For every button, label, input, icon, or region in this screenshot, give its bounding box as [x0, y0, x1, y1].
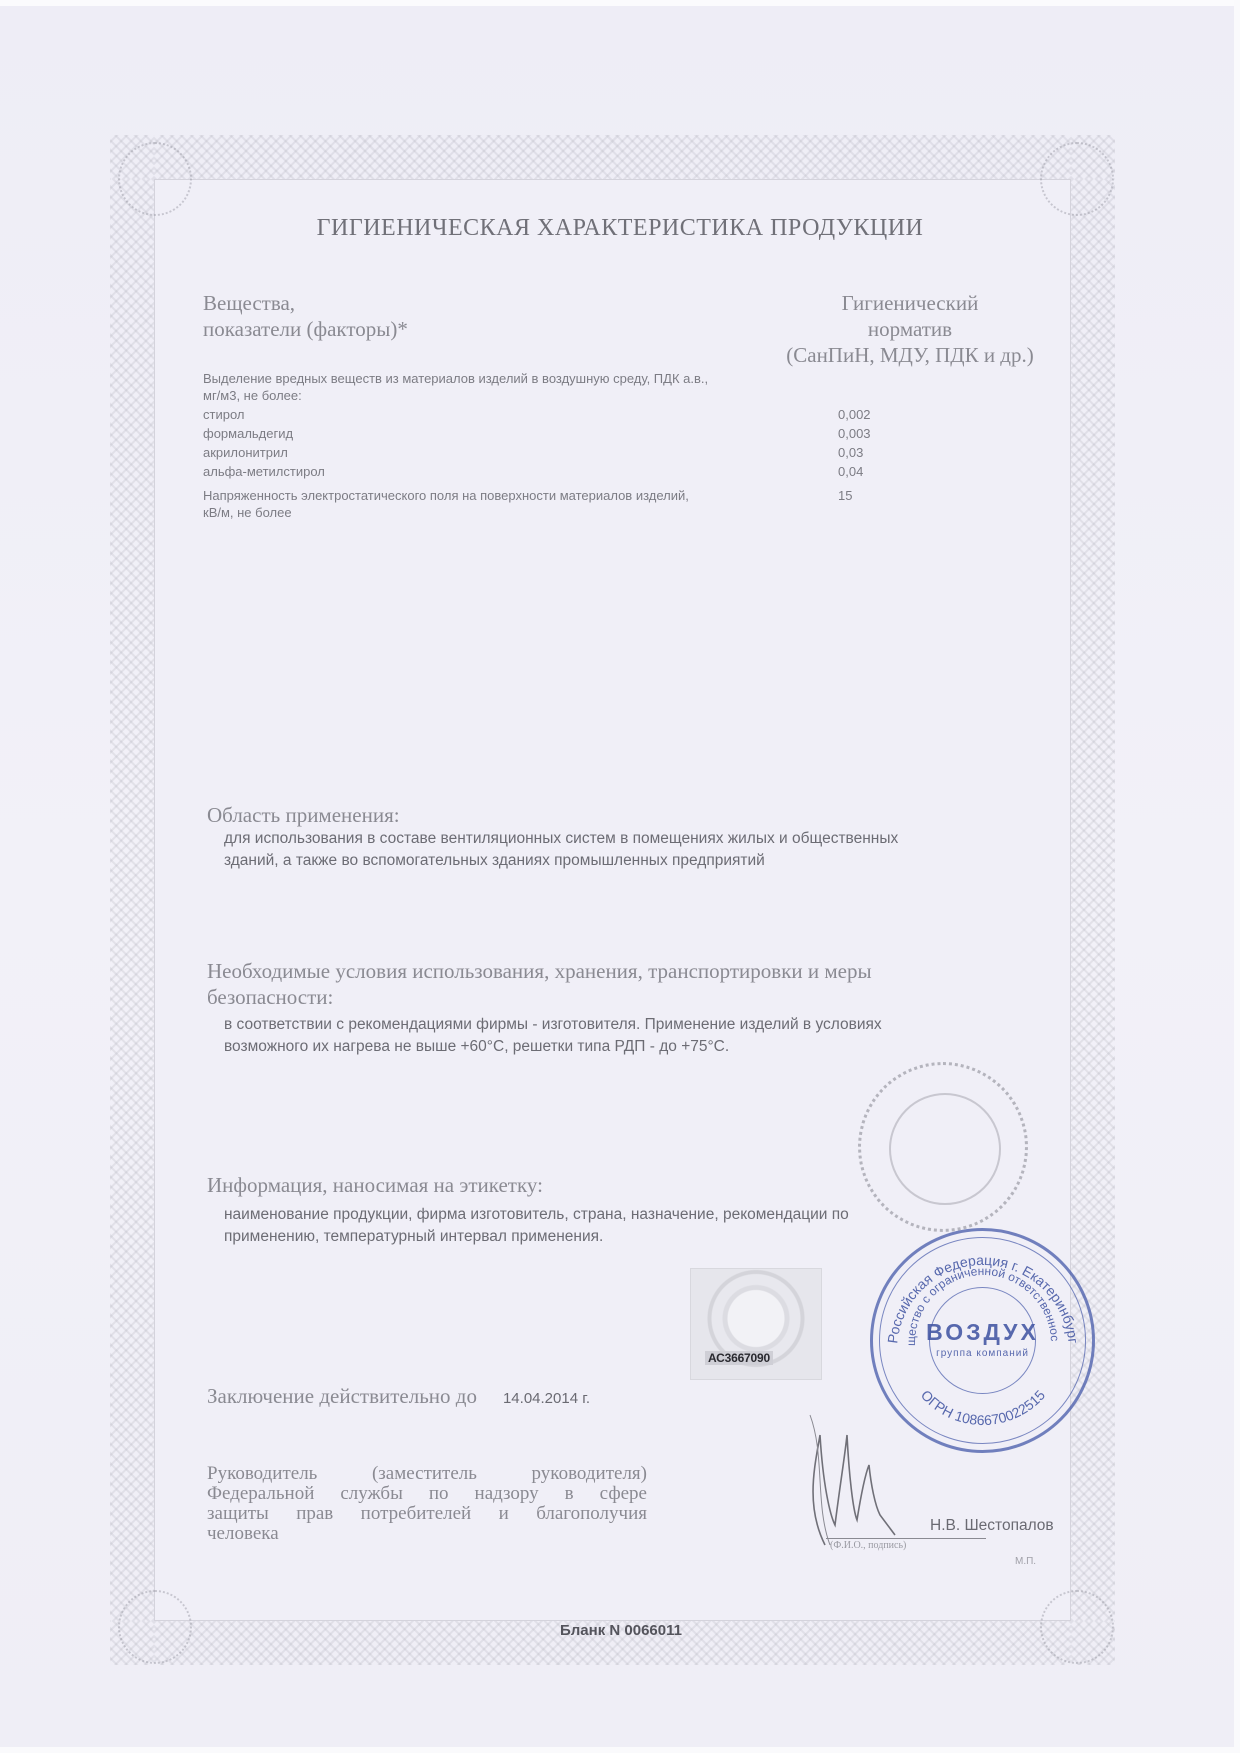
validity-label: Заключение действительно до: [207, 1383, 477, 1409]
blank-number: Бланк N 0066011: [560, 1622, 682, 1639]
factor-norm: 15: [838, 487, 852, 504]
norm-column-header: Гигиенический норматив (СанПиН, МДУ, ПДК…: [745, 290, 1075, 368]
column-header-line: норматив: [745, 316, 1075, 342]
substance-norm: 0,03: [838, 444, 918, 461]
table-row: альфа-метилстирол 0,04: [203, 462, 923, 481]
intro-line: мг/м3, не более:: [203, 387, 803, 404]
document-page: ГИГИЕНИЧЕСКАЯ ХАРАКТЕРИСТИКА ПРОДУКЦИИ В…: [0, 0, 1240, 1753]
signer-line: защиты прав потребителей и благополучия: [207, 1504, 647, 1524]
scan-edge-right: [1234, 0, 1240, 1753]
corner-ornament-icon: [118, 1590, 192, 1664]
section-heading: безопасности:: [207, 984, 882, 1010]
svg-text:ОГРН 1086670022515: ОГРН 1086670022515: [918, 1387, 1049, 1428]
table-row-field-strength: Напряженность электростатического поля н…: [203, 487, 923, 521]
corner-ornament-icon: [1040, 1590, 1114, 1664]
document-title: ГИГИЕНИЧЕСКАЯ ХАРАКТЕРИСТИКА ПРОДУКЦИИ: [200, 215, 1040, 242]
company-stamp-icon: Российская Федерация г. Екатеринбург Общ…: [870, 1228, 1095, 1453]
substance-name: акрилонитрил: [203, 444, 838, 461]
body-line: возможного их нагрева не выше +60°С, реш…: [224, 1036, 882, 1058]
section-body: для использования в составе вентиляционн…: [207, 828, 898, 872]
column-header-line: Гигиенический: [745, 290, 1075, 316]
hologram-sticker: АС3667090: [690, 1268, 822, 1380]
scan-edge-top: [0, 0, 1240, 6]
seal-place-mark: М.П.: [1015, 1556, 1036, 1567]
factor-name-cont: кВ/м, не более: [203, 504, 923, 521]
signer-line: Руководитель (заместитель руководителя): [207, 1464, 647, 1484]
application-section: Область применения: для использования в …: [207, 802, 898, 872]
corner-ornament-icon: [118, 142, 192, 216]
scan-edge-bottom: [0, 1747, 1240, 1753]
factor-name: Напряженность электростатического поля н…: [203, 487, 838, 504]
table-row: стирол 0,002: [203, 405, 923, 424]
column-header-line: Вещества,: [203, 290, 408, 316]
body-line: в соответствии с рекомендациями фирмы - …: [224, 1014, 882, 1036]
signer-name: Н.В. Шестопалов: [930, 1517, 1054, 1535]
section-body: наименование продукции, фирма изготовите…: [207, 1204, 849, 1248]
rospotrebnadzor-seal-icon: [858, 1062, 1028, 1232]
substance-norm: 0,003: [838, 425, 918, 442]
column-header-line: (СанПиН, МДУ, ПДК и др.): [745, 342, 1075, 368]
signature-line: [826, 1538, 986, 1539]
section-heading: Область применения:: [207, 802, 898, 828]
substance-name: стирол: [203, 406, 838, 423]
table-row: формальдегид 0,003: [203, 424, 923, 443]
substance-table: стирол 0,002 формальдегид 0,003 акрилони…: [203, 405, 923, 481]
corner-ornament-icon: [1040, 142, 1114, 216]
signer-line: Федеральной службы по надзору в сфере: [207, 1484, 647, 1504]
section-heading: Необходимые условия использования, хране…: [207, 958, 882, 984]
substance-name: альфа-метилстирол: [203, 463, 838, 480]
table-row: акрилонитрил 0,03: [203, 443, 923, 462]
body-line: зданий, а также во вспомогательных здани…: [224, 850, 898, 872]
validity-date: 14.04.2014 г.: [503, 1390, 590, 1407]
hologram-code: АС3667090: [705, 1351, 773, 1365]
substance-name: формальдегид: [203, 425, 838, 442]
section-body: в соответствии с рекомендациями фирмы - …: [207, 1014, 882, 1058]
signer-line: человека: [207, 1524, 647, 1544]
substances-column-header: Вещества, показатели (факторы)*: [203, 290, 408, 342]
substance-norm: 0,002: [838, 406, 918, 423]
body-line: наименование продукции, фирма изготовите…: [224, 1204, 849, 1226]
signer-title: Руководитель (заместитель руководителя) …: [207, 1464, 647, 1544]
label-info-section: Информация, наносимая на этикетку: наиме…: [207, 1172, 849, 1248]
body-line: для использования в составе вентиляционн…: [224, 828, 898, 850]
emissions-intro: Выделение вредных веществ из материалов …: [203, 370, 803, 404]
body-line: применению, температурный интервал приме…: [224, 1226, 849, 1248]
substance-norm: 0,04: [838, 463, 918, 480]
stamp-brand: ВОЗДУХ: [873, 1319, 1092, 1346]
column-header-line: показатели (факторы)*: [203, 316, 408, 342]
intro-line: Выделение вредных веществ из материалов …: [203, 370, 803, 387]
conditions-section: Необходимые условия использования, хране…: [207, 958, 882, 1058]
stamp-subtitle: группа компаний: [873, 1348, 1092, 1359]
signature-caption: (Ф.И.О., подпись): [830, 1540, 906, 1551]
section-heading: Информация, наносимая на этикетку:: [207, 1172, 849, 1198]
validity: Заключение действительно до 14.04.2014 г…: [207, 1383, 590, 1409]
